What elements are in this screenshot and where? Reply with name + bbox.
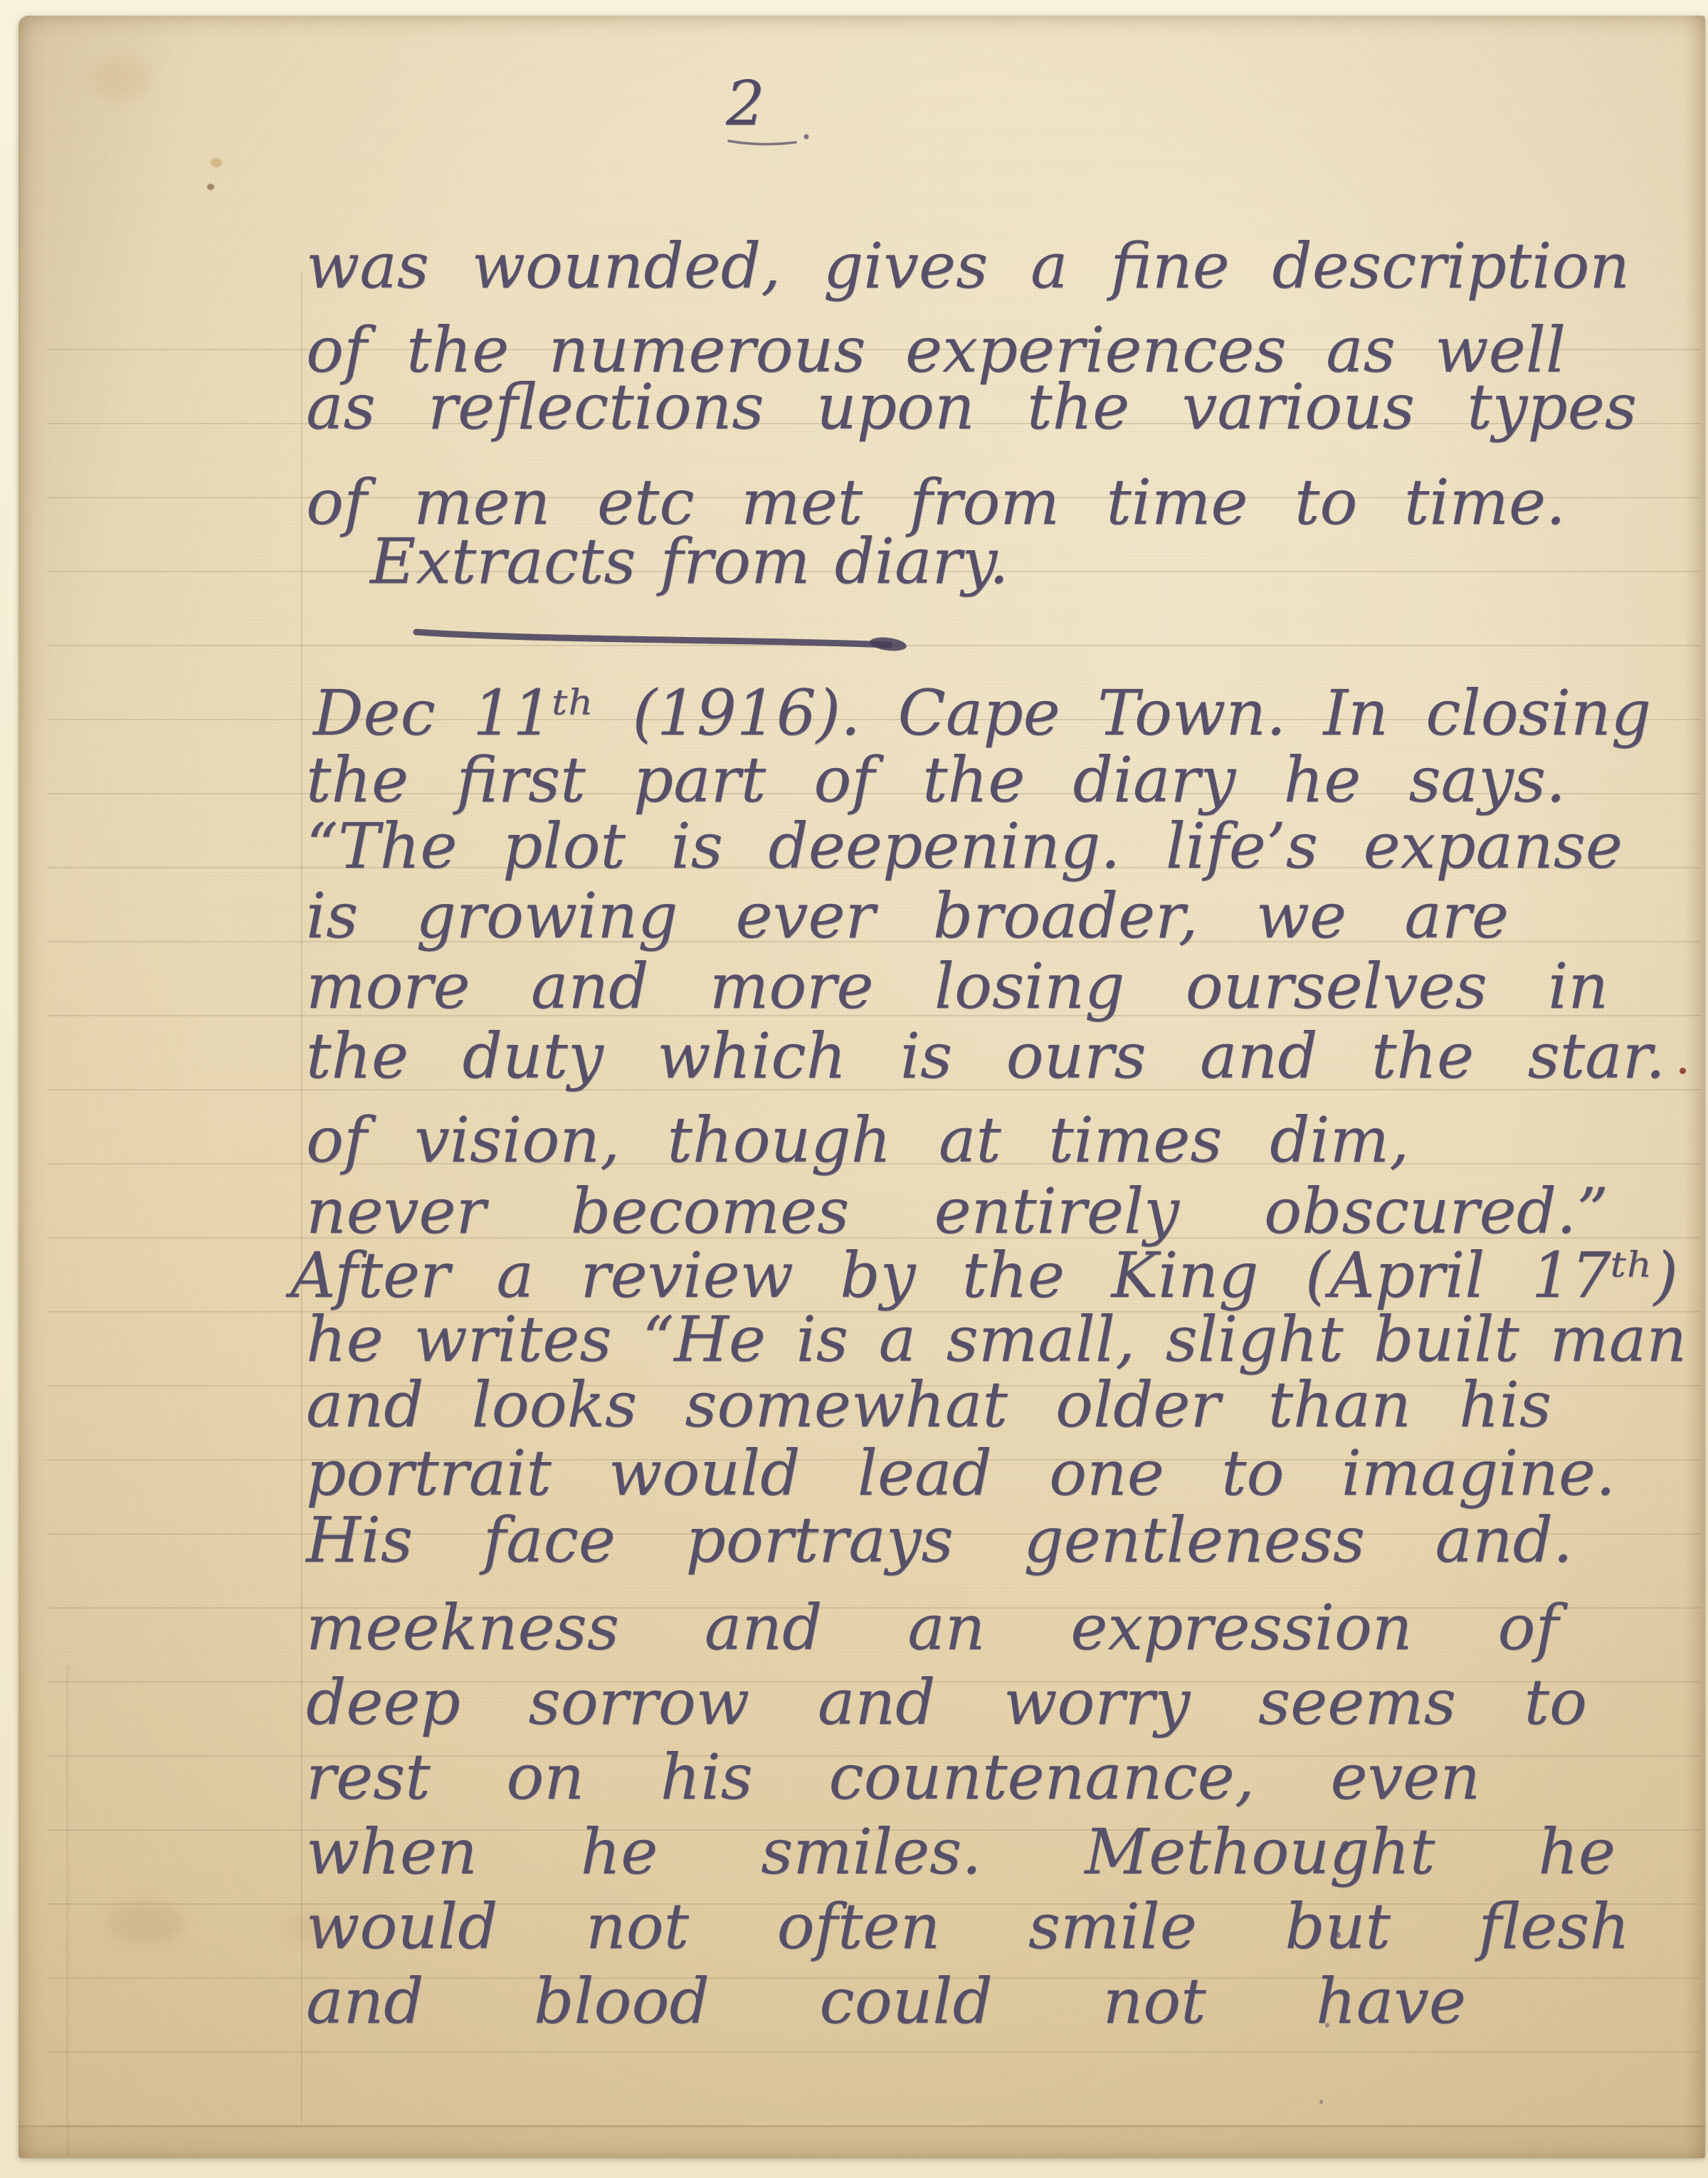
manuscript-line-16: and looks somewhat older than his (306, 1374, 1551, 1445)
section-heading: Extracts from diary. (370, 530, 1009, 593)
manuscript-line-23: would not often smile but flesh (306, 1895, 1630, 1967)
margin-line (301, 272, 302, 2122)
manuscript-line-1: was wounded, gives a fine description (306, 235, 1630, 306)
manuscript-line-20: deep sorrow and worry seems to (306, 1671, 1587, 1742)
manuscript-line-6: Dec 11ᵗʰ (1916). Cape Town. In closing (313, 682, 1651, 753)
manuscript-line-17: portrait would lead one to imagine. (306, 1442, 1615, 1513)
manuscript-line-10: more and more losing ourselves in (306, 955, 1608, 1026)
manuscript-line-22: when he smiles. Methought he (306, 1821, 1615, 1892)
manuscript-line-24: and blood could not have (306, 1970, 1466, 2041)
manuscript-line-12: of vision, though at times dim, (306, 1109, 1409, 1180)
manuscript-line-19: meekness and an expression of (306, 1596, 1559, 1668)
manuscript-line-3: as reflections upon the various types (306, 376, 1637, 447)
manuscript-line-21: rest on his countenance, even (306, 1746, 1480, 1817)
manuscript-line-18: His face portrays gentleness and. (306, 1509, 1573, 1580)
manuscript-line-11: the duty which is ours and the star. (306, 1025, 1665, 1096)
manuscript-line-8: “The plot is deepening. life’s expanse (306, 815, 1623, 886)
manuscript-line-9: is growing ever broader, we are (306, 885, 1509, 956)
page-number: 2 (726, 68, 765, 140)
